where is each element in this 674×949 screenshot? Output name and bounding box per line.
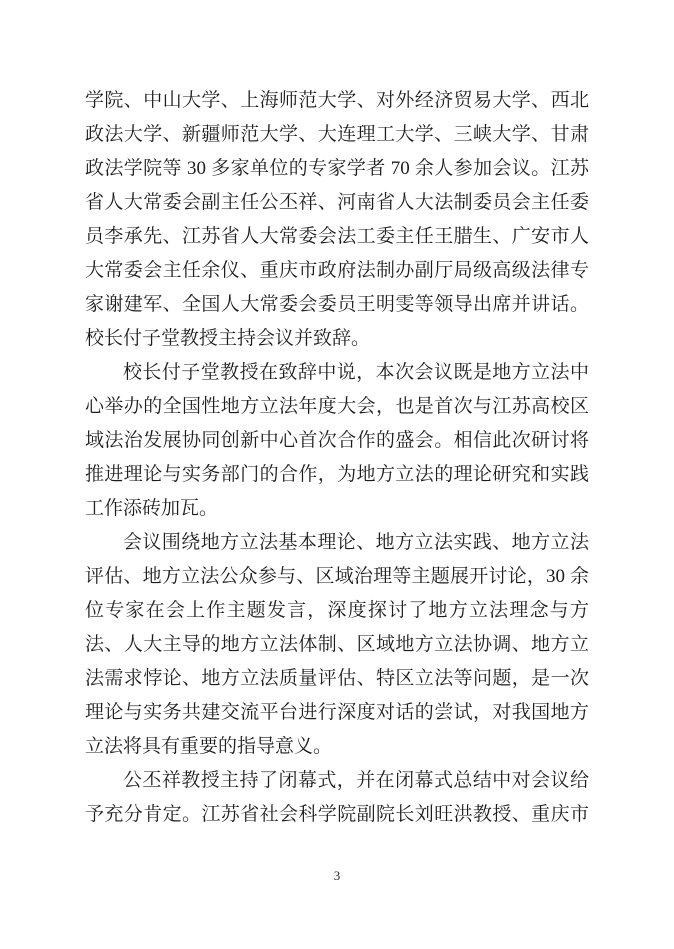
text-line: 立法将具有重要的指导意义。 [85, 730, 589, 764]
text-line: 大常委会主任余仪、重庆市政府法制办副厅局级高级法律专 [85, 254, 589, 288]
text-line: 法需求悖论、地方立法质量评估、特区立法等问题，是一次 [85, 662, 589, 696]
paragraph-2: 校长付子堂教授在致辞中说，本次会议既是地方立法中 心举办的全国性地方立法年度大会… [85, 356, 589, 526]
document-body: 学院、中山大学、上海师范大学、对外经济贸易大学、西北 政法大学、新疆师范大学、大… [85, 84, 589, 832]
document-page: 学院、中山大学、上海师范大学、对外经济贸易大学、西北 政法大学、新疆师范大学、大… [0, 0, 674, 949]
text-line: 推进理论与实务部门的合作，为地方立法的理论研究和实践 [85, 458, 589, 492]
text-line: 予充分肯定。江苏省社会科学院副院长刘旺洪教授、重庆市 [85, 798, 589, 832]
text-line: 学院、中山大学、上海师范大学、对外经济贸易大学、西北 [85, 84, 589, 118]
text-line: 心举办的全国性地方立法年度大会，也是首次与江苏高校区 [85, 390, 589, 424]
text-line: 评估、地方立法公众参与、区域治理等主题展开讨论，30 余 [85, 560, 589, 594]
paragraph-3: 会议围绕地方立法基本理论、地方立法实践、地方立法 评估、地方立法公众参与、区域治… [85, 526, 589, 764]
text-line: 政法大学、新疆师范大学、大连理工大学、三峡大学、甘肃 [85, 118, 589, 152]
paragraph-4: 公丕祥教授主持了闭幕式，并在闭幕式总结中对会议给 予充分肯定。江苏省社会科学院副… [85, 764, 589, 832]
text-line: 校长付子堂教授主持会议并致辞。 [85, 322, 589, 356]
page-number: 3 [0, 868, 674, 884]
text-line: 理论与实务共建交流平台进行深度对话的尝试，对我国地方 [85, 696, 589, 730]
text-line: 省人大常委会副主任公丕祥、河南省人大法制委员会主任委 [85, 186, 589, 220]
paragraph-1: 学院、中山大学、上海师范大学、对外经济贸易大学、西北 政法大学、新疆师范大学、大… [85, 84, 589, 356]
text-line: 法、人大主导的地方立法体制、区域地方立法协调、地方立 [85, 628, 589, 662]
text-line: 校长付子堂教授在致辞中说，本次会议既是地方立法中 [85, 356, 589, 390]
text-line: 家谢建军、全国人大常委会委员王明雯等领导出席并讲话。 [85, 288, 589, 322]
text-line: 政法学院等 30 多家单位的专家学者 70 余人参加会议。江苏 [85, 152, 589, 186]
text-line: 员李承先、江苏省人大常委会法工委主任王腊生、广安市人 [85, 220, 589, 254]
text-line: 公丕祥教授主持了闭幕式，并在闭幕式总结中对会议给 [85, 764, 589, 798]
text-line: 工作添砖加瓦。 [85, 492, 589, 526]
text-line: 会议围绕地方立法基本理论、地方立法实践、地方立法 [85, 526, 589, 560]
text-line: 域法治发展协同创新中心首次合作的盛会。相信此次研讨将 [85, 424, 589, 458]
text-line: 位专家在会上作主题发言，深度探讨了地方立法理念与方 [85, 594, 589, 628]
